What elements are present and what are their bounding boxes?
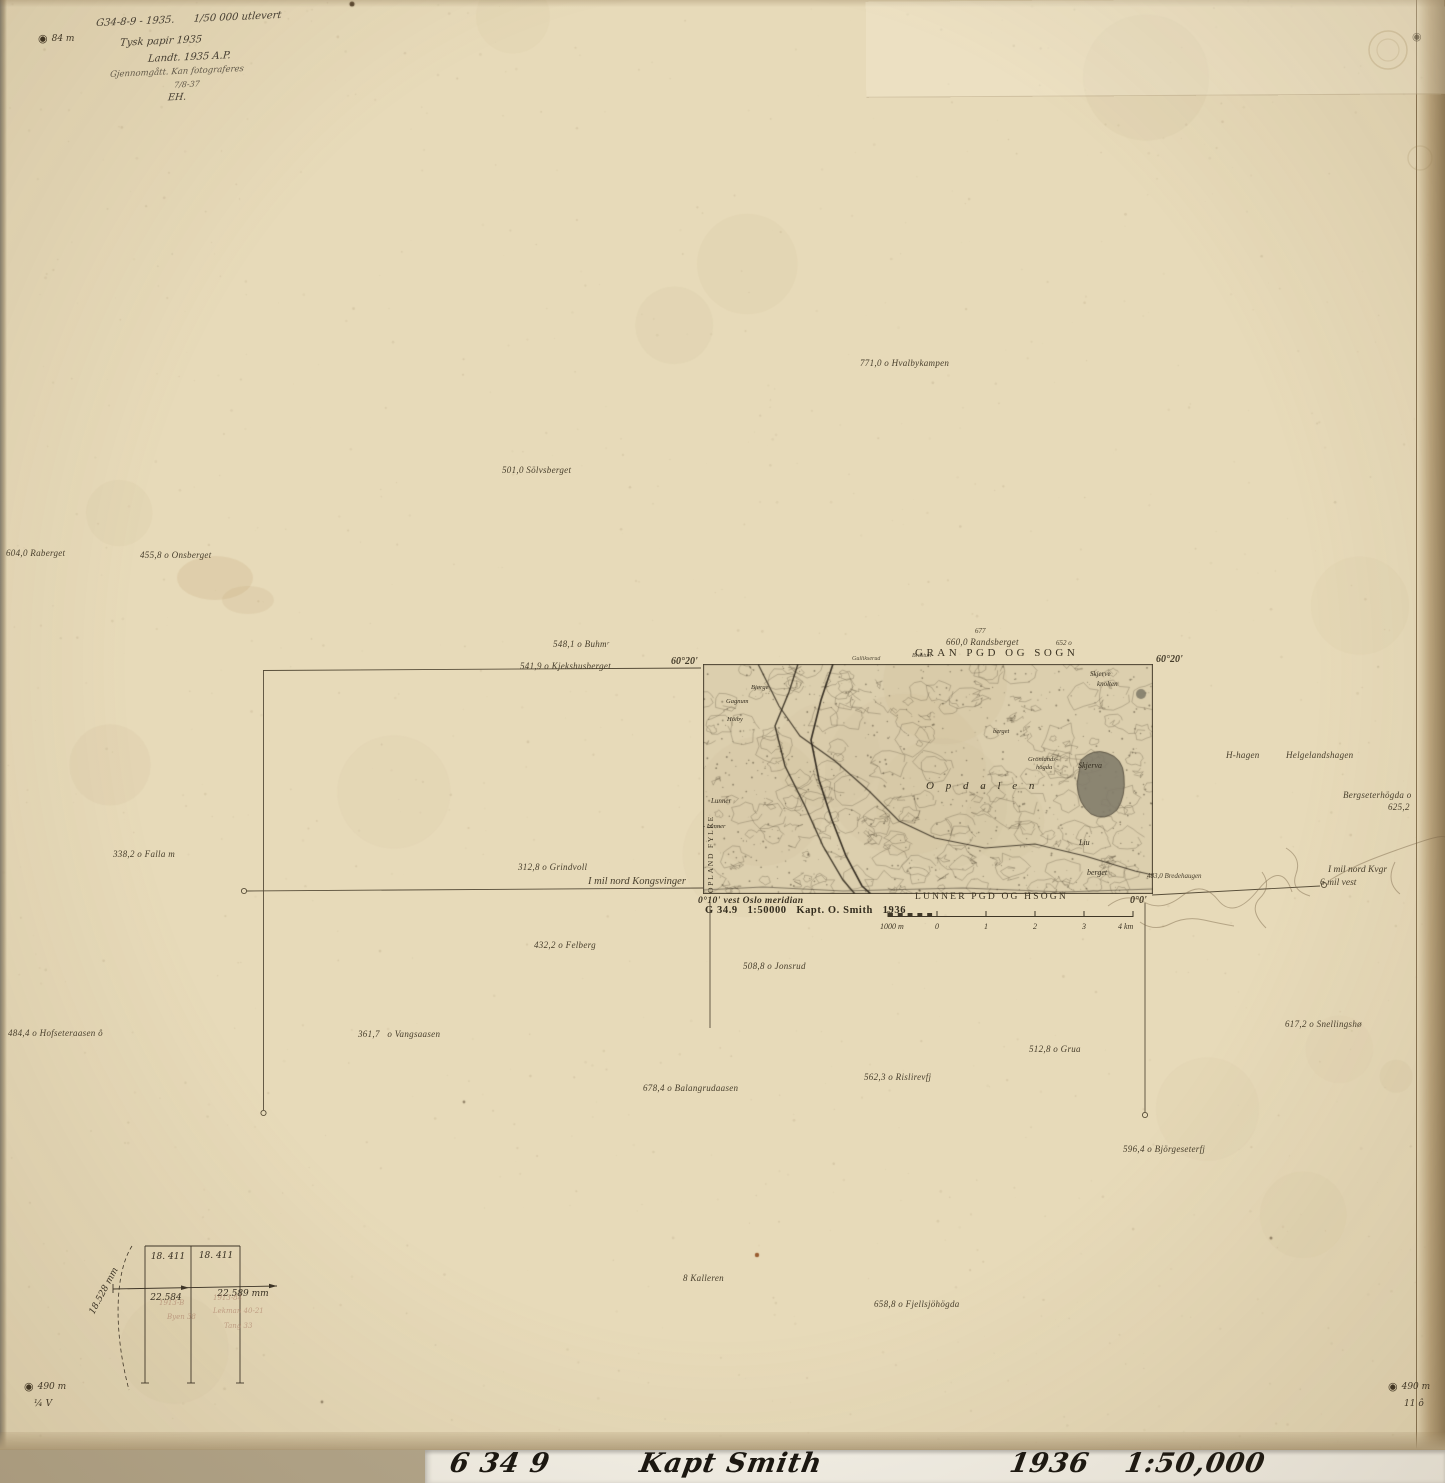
spot-label: 617,2 o Snellingshø (1285, 1020, 1362, 1029)
spot-label: 596,4 o Björgeseterfj (1123, 1145, 1205, 1154)
spot-label: 501,0 Sölvsberget (502, 466, 571, 475)
spot-label: 432,2 o Felberg (534, 941, 596, 950)
corner-value: 490 m (1402, 1382, 1431, 1392)
spot-label: 604,0 Raberget (6, 549, 65, 558)
registration-mark-top-left: ◉ 84 m (38, 33, 74, 44)
spot-label: 562,3 o Rislirevfj (864, 1073, 931, 1082)
corner-subvalue: ¼ V (34, 1399, 52, 1409)
sheet-size-diagram: 18. 411 18. 411 22.584 22.589 mm 18.528 … (88, 1246, 277, 1390)
spot-label: 338,2 o Falla m (113, 850, 175, 859)
spot-label: Bergseterhögda o (1343, 791, 1412, 800)
spot-label: 512,8 o Grua (1029, 1045, 1081, 1054)
arrowhead (181, 1285, 189, 1290)
spot-label: Helgelandshagen (1286, 751, 1354, 760)
note-line: Tysk papir 1935 (120, 34, 203, 49)
spot-label: 361,7 o Vangsaasen (358, 1030, 440, 1039)
note-line: Gjennomgått. Kan fotograferes (110, 64, 245, 80)
spot-label: 548,1 o Buhmʳ (553, 640, 609, 649)
spot-label: 541,9 o Kjekshusberget (520, 662, 611, 671)
registration-mark-bottom-left: ◉ 490 m (24, 1381, 66, 1392)
geo-label: 60°20' (1156, 655, 1183, 665)
tiny-label: 677 (975, 628, 986, 635)
corner-value: 84 m (52, 34, 75, 44)
diagram-width2: 22.589 mm (216, 1289, 268, 1299)
scale-label-1000m: 1000 m (880, 922, 904, 931)
map-terrain-texture (703, 664, 1153, 894)
registration-mark-bottom-right: ◉ 490 m (1388, 1381, 1430, 1392)
scale-tick-1: 1 (984, 922, 988, 931)
scale-bar-hatch (888, 913, 932, 917)
catalogue-label-paper: 6 34 9 Kapt Smith 1936 1:50,000 (425, 1450, 1445, 1483)
registration-mark-top-right: ◉ (1412, 31, 1422, 42)
sheet-number: 6 34 9 (447, 1448, 552, 1479)
corner-value: 490 m (38, 1382, 67, 1392)
mil2-label: 6 mil vest (1320, 879, 1356, 889)
spot-label: 484,4 o Hofseteraasen ô (8, 1029, 103, 1038)
paper-edge-right (1416, 0, 1445, 1483)
county-boundary-label: OPLAND FYLKE (706, 815, 715, 893)
pencil-note: Tang 33 (224, 1322, 253, 1330)
spot-label: 8 Kalleren (683, 1274, 724, 1283)
pencil-note: Byen 38 (166, 1313, 196, 1321)
region2-label: LUNNER PGD OG HSOGN (915, 893, 1068, 903)
spot-label: 312,8 o Grindvoll (518, 863, 587, 872)
spot-label: 658,8 o Fjellsjöhögda (874, 1300, 960, 1309)
paper-edge-left (0, 0, 7, 1483)
scanned-map-sheet: 1000 m 0 1 2 3 4 km 18. 411 1 (0, 0, 1445, 1483)
spot-label: 660,0 Randsberget (946, 638, 1019, 647)
topographic-map-inset (703, 664, 1153, 894)
region-label: GRAN PGD OG SOGN (915, 648, 1078, 659)
spot-label: 678,4 o Balangrudaasen (643, 1084, 738, 1093)
spot-label: 771,0 o Hvalbykampen (860, 359, 949, 368)
fisheye-icon: ◉ (1388, 1381, 1398, 1392)
pencil-doodles (1108, 836, 1445, 928)
scale-tick-2: 2 (1033, 922, 1037, 931)
scale-tick-4km: 4 km (1118, 922, 1134, 931)
scale-tick-0: 0 (935, 922, 939, 931)
mil-label: I mil nord Kongsvinger (588, 877, 686, 888)
pencil-note: 1913-B (159, 1299, 184, 1307)
in55-label: Gullikserud (852, 656, 880, 662)
lon-label: 0°10' vest Oslo meridian (698, 897, 804, 907)
diagram-cell1-value: 18. 411 (151, 1252, 185, 1262)
arrowhead (269, 1284, 277, 1289)
spot-label: H-hagen (1226, 751, 1260, 760)
fisheye-icon: ◉ (38, 33, 48, 44)
geo-label: 60°20' (671, 657, 698, 667)
corner-subvalue: 11 ô (1404, 1399, 1424, 1409)
paper-patch-top-right (866, 0, 1445, 98)
note-line: 7/8-37 (174, 79, 201, 89)
diagram-cell2-value: 18. 411 (199, 1251, 233, 1261)
spot-label: 508,8 o Jonsrud (743, 962, 806, 971)
fisheye-icon: ◉ (1412, 31, 1422, 42)
titleline-label: G 34.9 1:50000 Kapt. O. Smith 1936 (705, 906, 906, 917)
scale-bar: 1000 m 0 1 2 3 4 km (880, 911, 1134, 931)
note-line: Landt. 1935 A.P. (148, 50, 232, 65)
catalogue-label-strip: 6 34 9 Kapt Smith 1936 1:50,000 (0, 1450, 1445, 1483)
fisheye-icon: ◉ (24, 1381, 34, 1392)
pencil-note: Lekman 40-21 (212, 1307, 264, 1315)
note-line: EH. (167, 92, 186, 104)
spot-label: 625,2 (1388, 803, 1410, 812)
tiny-label: 652 o (1056, 640, 1072, 647)
map-scale: 1:50,000 (1122, 1448, 1268, 1479)
diagram-height: 18.528 mm (88, 1266, 121, 1316)
in55-label: Brastun (912, 653, 931, 659)
spot-label: 455,8 o Onsberget (140, 551, 212, 560)
mil2-label: I mil nord Kvgr (1328, 866, 1387, 876)
note-line: G34-8-9 - 1935. 1/50 000 utlevert (96, 10, 282, 29)
handwritten-notes: G34-8-9 - 1935. 1/50 000 utlevert Tysk p… (88, 12, 388, 122)
survey-year: 1936 (1007, 1448, 1092, 1479)
tiny-label: 483,0 Bredehaugen (1147, 873, 1202, 880)
surveyor-name: Kapt Smith (637, 1448, 825, 1479)
diagram-width1: 22.584 (149, 1293, 182, 1303)
pencil-note: 1913-84 (213, 1294, 242, 1302)
geo-label: 0°0' (1130, 896, 1147, 906)
scale-tick-3: 3 (1081, 922, 1086, 931)
